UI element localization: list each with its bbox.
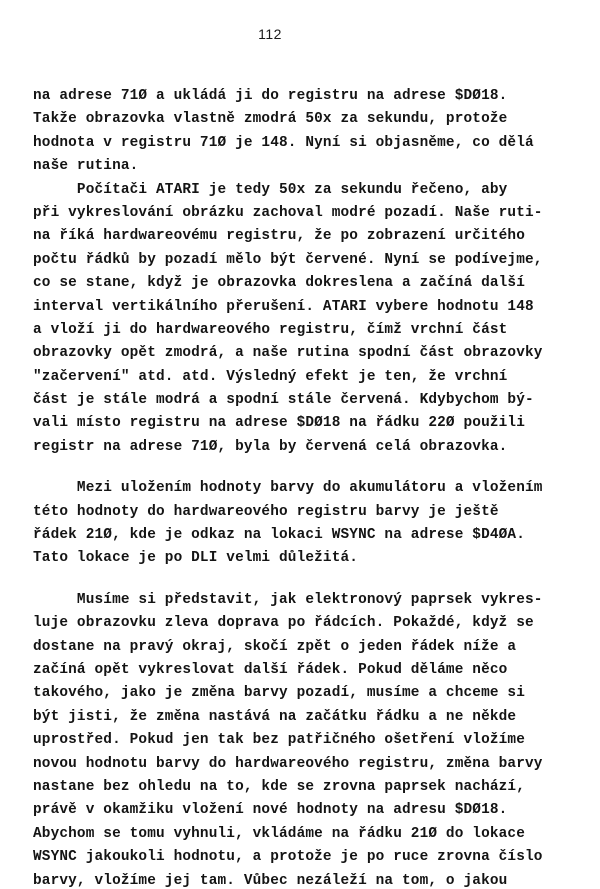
text-line: Mezi uložením hodnoty barvy do akumuláto… — [33, 477, 573, 500]
text-line: Takže obrazovka vlastně zmodrá 50x za se… — [33, 108, 573, 131]
text-line: vali místo registru na adrese $DØ18 na ř… — [33, 412, 573, 435]
paragraph-1: na adrese 71Ø a ukládá ji do registru na… — [33, 85, 573, 179]
text-line: začíná opět vykreslovat další řádek. Pok… — [33, 659, 573, 682]
text-line: co se stane, když je obrazovka dokreslen… — [33, 272, 573, 295]
text-line: a vloží ji do hardwareového registru, čí… — [33, 319, 573, 342]
text-line: na adrese 71Ø a ukládá ji do registru na… — [33, 85, 573, 108]
page-body: na adrese 71Ø a ukládá ji do registru na… — [33, 85, 573, 889]
text-line: Tato lokace je po DLI velmi důležitá. — [33, 547, 573, 570]
text-line: počtu řádků by pozadí mělo být červené. … — [33, 249, 573, 272]
paragraph-2: Počítači ATARI je tedy 50x za sekundu ře… — [33, 179, 573, 460]
text-line: novou hodnotu barvy do hardwareového reg… — [33, 753, 573, 776]
text-line: "začervení" atd. atd. Výsledný efekt je … — [33, 366, 573, 389]
text-line: WSYNC jakoukoli hodnotu, a protože je po… — [33, 846, 573, 869]
paragraph-3: Mezi uložením hodnoty barvy do akumuláto… — [33, 477, 573, 571]
paragraph-4: Musíme si představit, jak elektronový pa… — [33, 589, 573, 889]
text-line: Počítači ATARI je tedy 50x za sekundu ře… — [33, 179, 573, 202]
text-line: být jisti, že změna nastává na začátku ř… — [33, 706, 573, 729]
text-line: barvy, vložíme jej tam. Vůbec nezáleží n… — [33, 870, 573, 889]
text-line: registr na adrese 71Ø, byla by červená c… — [33, 436, 573, 459]
text-line: právě v okamžiku vložení nové hodnoty na… — [33, 799, 573, 822]
text-line: nastane bez ohledu na to, kde se zrovna … — [33, 776, 573, 799]
text-line: řádek 21Ø, kde je odkaz na lokaci WSYNC … — [33, 524, 573, 547]
text-line: část je stále modrá a spodní stále červe… — [33, 389, 573, 412]
text-line: obrazovky opět zmodrá, a naše rutina spo… — [33, 342, 573, 365]
text-line: interval vertikálního přerušení. ATARI v… — [33, 296, 573, 319]
text-line: této hodnoty do hardwareového registru b… — [33, 501, 573, 524]
text-line: naše rutina. — [33, 155, 573, 178]
text-line: uprostřed. Pokud jen tak bez patřičného … — [33, 729, 573, 752]
text-line: luje obrazovku zleva doprava po řádcích.… — [33, 612, 573, 635]
text-line: Abychom se tomu vyhnuli, vkládáme na řád… — [33, 823, 573, 846]
text-line: při vykreslování obrázku zachoval modré … — [33, 202, 573, 225]
text-line: dostane na pravý okraj, skočí zpět o jed… — [33, 636, 573, 659]
page-number: 112 — [0, 26, 540, 42]
text-line: Musíme si představit, jak elektronový pa… — [33, 589, 573, 612]
text-line: hodnota v registru 71Ø je 148. Nyní si o… — [33, 132, 573, 155]
text-line: na říká hardwareovému registru, že po zo… — [33, 225, 573, 248]
text-line: takového, jako je změna barvy pozadí, mu… — [33, 682, 573, 705]
